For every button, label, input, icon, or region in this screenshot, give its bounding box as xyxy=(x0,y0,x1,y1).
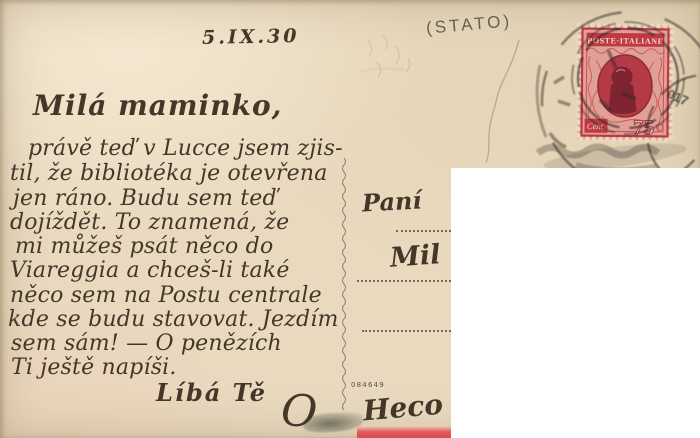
bottom-red-stripe xyxy=(357,427,451,438)
wavy-divider xyxy=(339,158,349,416)
postmark-digits: 017 xyxy=(665,86,691,109)
serial-number: 084649 xyxy=(351,381,385,389)
postmark: 017 xyxy=(480,5,700,180)
postcard-scan: 5.IX.30 (STATO) Milá maminko, právě teď … xyxy=(0,0,700,438)
bottom-handwriting-partial: Heco xyxy=(362,391,444,426)
blank-overlay xyxy=(451,168,700,438)
